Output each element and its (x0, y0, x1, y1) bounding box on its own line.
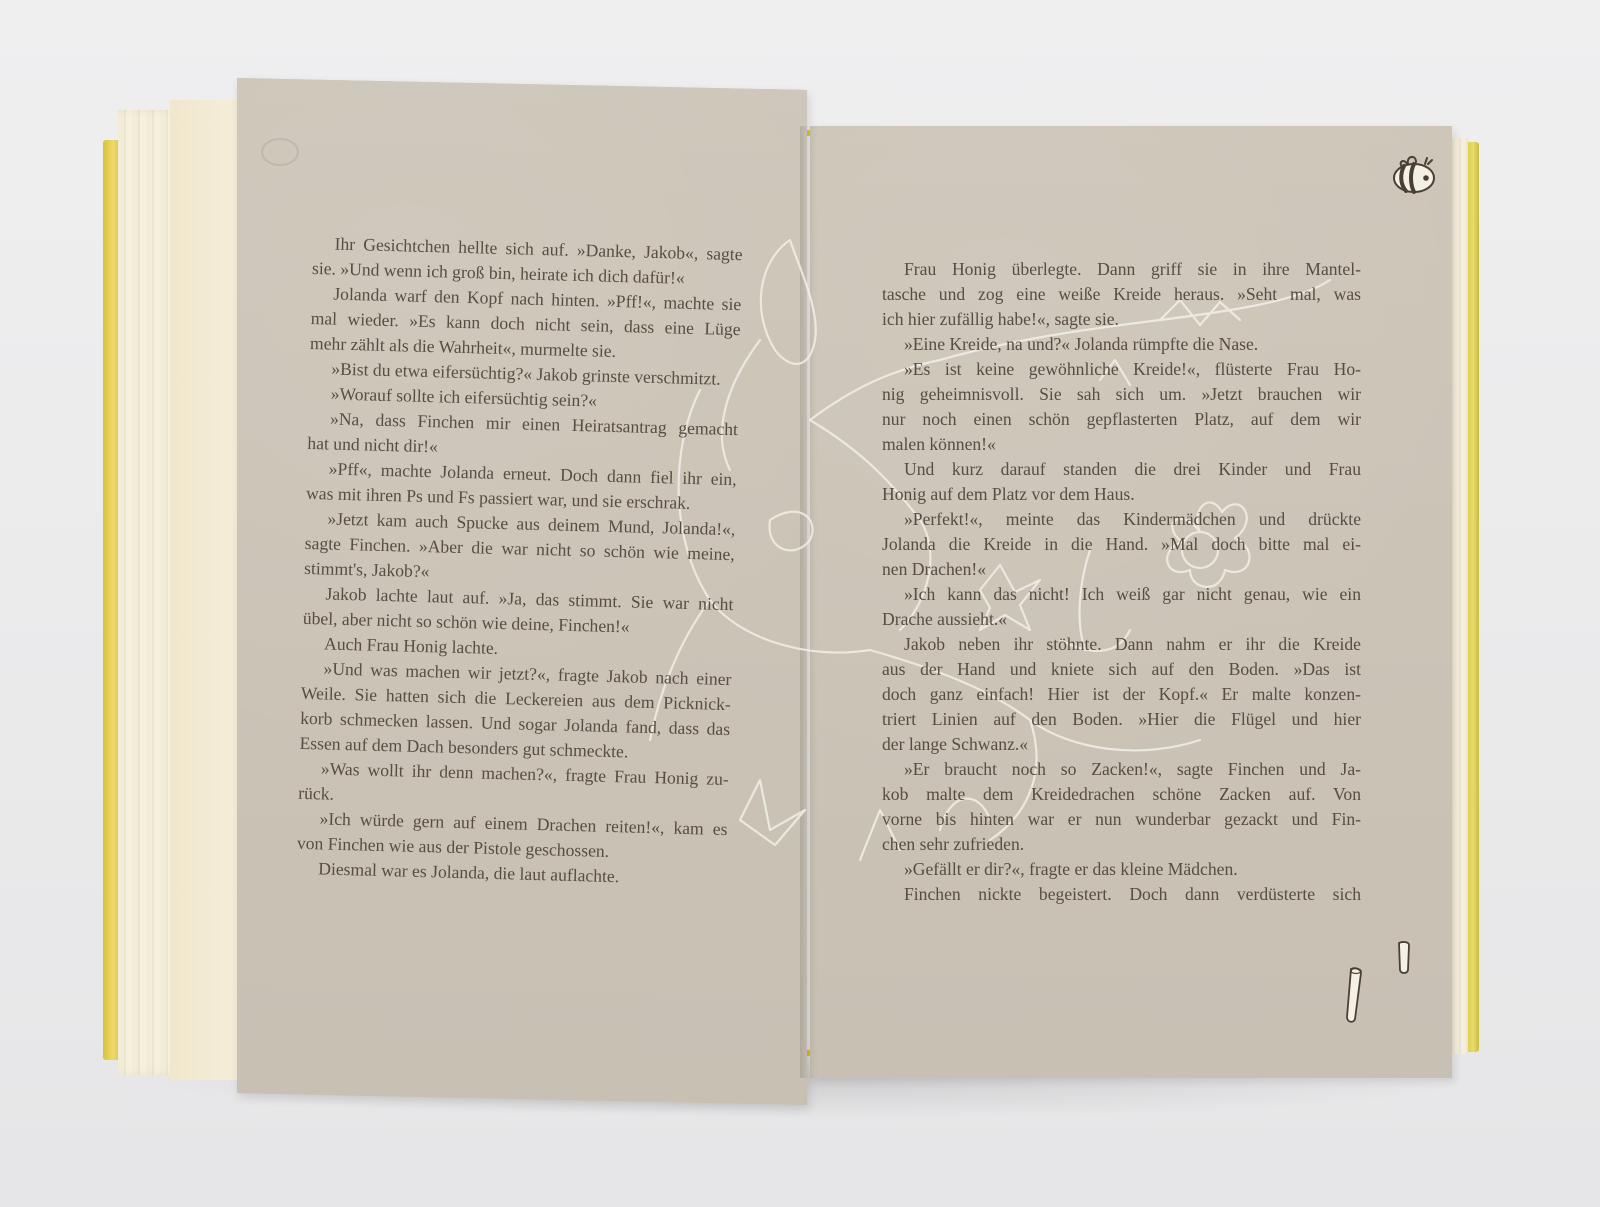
chalk-stick-icon (1395, 940, 1413, 976)
text-line: Finchen nickte begeistert. Doch dann ver… (882, 882, 1361, 907)
text-line: Und kurz darauf standen die drei Kinder … (882, 457, 1361, 482)
text-line: doch ganz einfach! Hier ist der Kopf.« E… (882, 682, 1361, 707)
text-line: »Gefällt er dir?«, fragte er das kleine … (882, 857, 1361, 882)
text-line: »Ich kann das nicht! Ich weiß gar nicht … (882, 582, 1361, 607)
text-line: »Eine Kreide, na und?« Jolanda rümpfte d… (882, 332, 1361, 357)
text-line: tasche und zog eine weiße Kreide heraus.… (882, 282, 1361, 307)
text-line: nen Drachen!« (882, 557, 1361, 582)
text-line: nig geheimnisvoll. Sie sah sich um. »Jet… (882, 382, 1361, 407)
text-line: malen können!« (882, 432, 1361, 457)
text-line: triert Linien auf den Boden. »Hier die F… (882, 707, 1361, 732)
text-line: »Er braucht noch so Zacken!«, sagte Finc… (882, 757, 1361, 782)
text-line: ich hier zufällig habe!«, sagte sie. (882, 307, 1361, 332)
right-page-text: Frau Honig überlegte. Dann griff sie in … (882, 257, 1361, 907)
text-line: chen sehr zufrieden. (882, 832, 1361, 857)
book-gutter (800, 126, 814, 1078)
text-line: Frau Honig überlegte. Dann griff sie in … (882, 257, 1361, 282)
bee-icon-show-through (255, 130, 305, 170)
text-line: Honig auf dem Platz vor dem Haus. (882, 482, 1361, 507)
text-line: kob malte dem Kreidedrachen schöne Zacke… (882, 782, 1361, 807)
bee-icon (1390, 150, 1440, 196)
text-line: »Perfekt!«, meinte das Kindermädchen und… (882, 507, 1361, 532)
chalk-stick-icon (1343, 965, 1365, 1025)
text-line: vorne bis hinten war er nun wunderbar ge… (882, 807, 1361, 832)
text-line: Jolanda die Kreide in die Hand. »Mal doc… (882, 532, 1361, 557)
text-line: nur noch einen schön gepflasterten Platz… (882, 407, 1361, 432)
text-line: aus der Hand und kniete sich auf den Bod… (882, 657, 1361, 682)
text-line: »Es ist keine gewöhnliche Kreide!«, flüs… (882, 357, 1361, 382)
left-page-text: Ihr Gesichtchen hellte sich auf. »Danke,… (296, 231, 743, 892)
text-line: Jakob neben ihr stöhnte. Dann nahm er ih… (882, 632, 1361, 657)
text-line: der lange Schwanz.« (882, 732, 1361, 757)
text-line: Drache aussieht.« (882, 607, 1361, 632)
